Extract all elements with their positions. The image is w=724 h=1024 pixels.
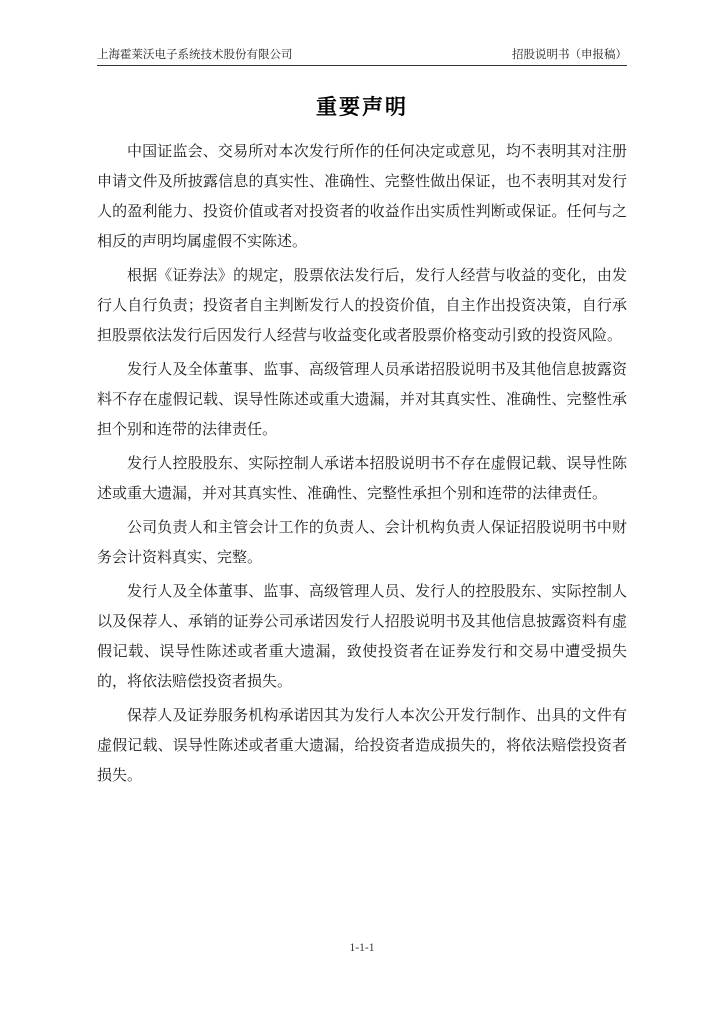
paragraph-issuer-directors-commitment: 发行人及全体董事、监事、高级管理人员承诺招股说明书及其他信息披露资料不存在虚假记… <box>97 355 627 445</box>
page-number: 1-1-1 <box>350 942 375 954</box>
page-footer: 1-1-1 <box>0 941 724 955</box>
paragraph-securities-law: 根据《证券法》的规定，股票依法发行后，发行人经营与收益的变化，由发行人自行负责；… <box>97 261 627 351</box>
paragraph-csrc-statement: 中国证监会、交易所对本次发行所作的任何决定或意见，均不表明其对注册申请文件及所披… <box>97 137 627 257</box>
paragraph-financial-officers-guarantee: 公司负责人和主管会计工作的负责人、会计机构负责人保证招股说明书中财务会计资料真实… <box>97 513 627 573</box>
page-title: 重要声明 <box>97 93 627 122</box>
paragraph-controlling-shareholder-commitment: 发行人控股股东、实际控制人承诺本招股说明书不存在虚假记载、误导性陈述或重大遗漏，… <box>97 449 627 509</box>
header-company-name: 上海霍莱沃电子系统技术股份有限公司 <box>97 48 293 62</box>
header-doc-type: 招股说明书（申报稿） <box>512 48 627 62</box>
paragraph-sponsor-service-institutions: 保荐人及证券服务机构承诺因其为发行人本次公开发行制作、出具的文件有虚假记载、误导… <box>97 701 627 791</box>
prospectus-page: 上海霍莱沃电子系统技术股份有限公司 招股说明书（申报稿） 重要声明 中国证监会、… <box>0 0 724 1024</box>
document-body: 中国证监会、交易所对本次发行所作的任何决定或意见，均不表明其对注册申请文件及所披… <box>97 137 627 791</box>
page-header: 上海霍莱沃电子系统技术股份有限公司 招股说明书（申报稿） <box>97 48 627 66</box>
paragraph-compensation-commitment: 发行人及全体董事、监事、高级管理人员、发行人的控股股东、实际控制人以及保荐人、承… <box>97 577 627 697</box>
